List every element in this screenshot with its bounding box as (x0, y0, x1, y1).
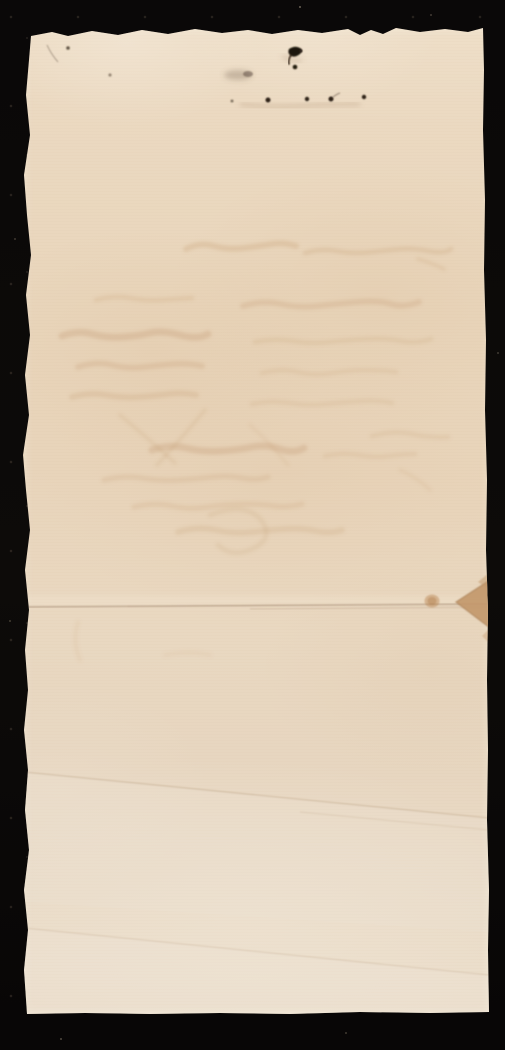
paper-sheet (0, 0, 505, 1050)
edge-stain (456, 572, 490, 644)
stitch-holes (231, 93, 367, 107)
paper-marks-overlay (0, 0, 505, 1050)
backdrop-fiber-specks (0, 0, 2, 2)
stain-dot (425, 595, 440, 608)
crease-bottom (24, 928, 489, 1014)
corner-scratch (47, 45, 70, 62)
fold-line (24, 596, 489, 609)
ink-smudge (108, 70, 253, 80)
photograph-frame (0, 0, 505, 1050)
ink-blot (282, 47, 302, 70)
crease-lower (24, 772, 489, 932)
